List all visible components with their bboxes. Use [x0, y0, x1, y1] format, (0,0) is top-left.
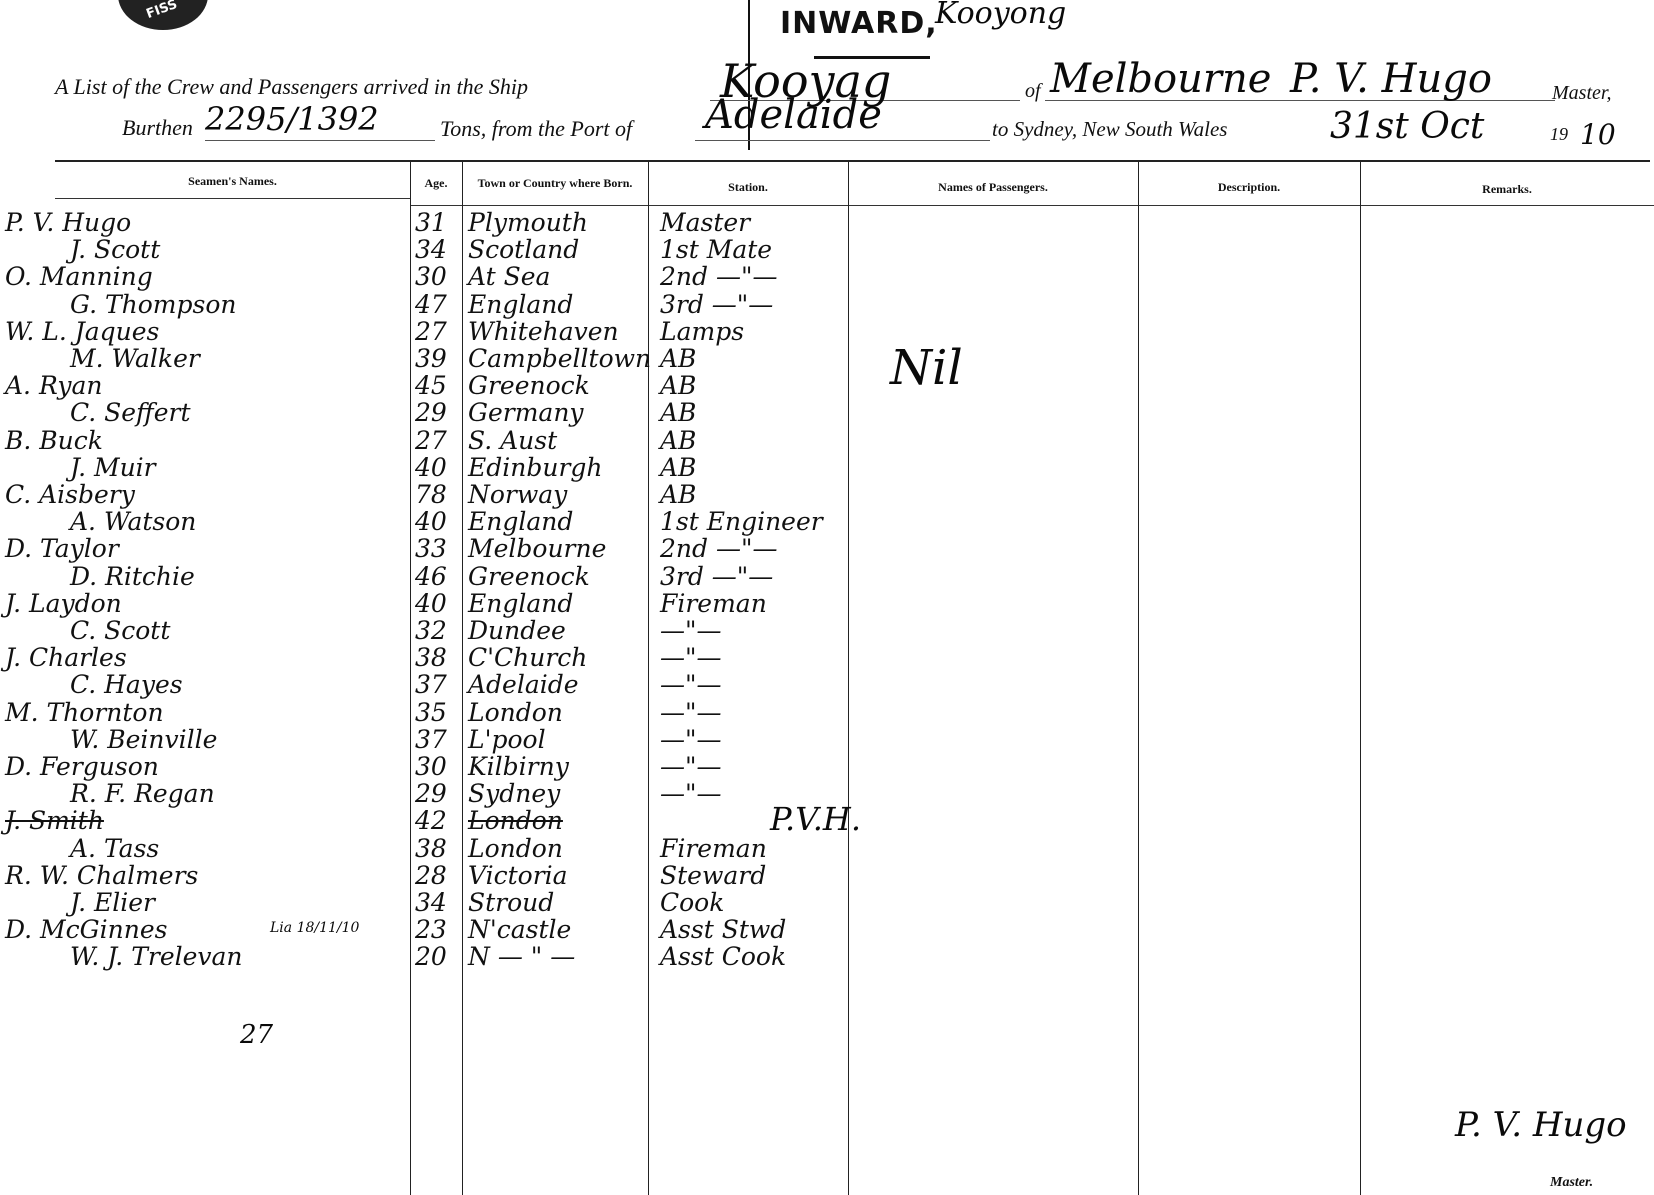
crew-age: 42 — [415, 806, 447, 835]
col-header-station: Station. — [648, 180, 848, 195]
crew-age: 34 — [415, 888, 447, 917]
crew-station: Fireman — [660, 834, 767, 863]
table-row: J. Laydon40EnglandFireman — [0, 589, 1654, 617]
crew-birthplace: Sydney — [468, 779, 560, 808]
crew-birthplace: L'pool — [468, 725, 546, 754]
crew-age: 28 — [415, 861, 447, 890]
crew-age: 34 — [415, 235, 447, 264]
master-label: Master, — [1552, 82, 1611, 105]
crew-name: C. Seffert — [70, 398, 191, 427]
table-row: D. Ferguson30Kilbirny—"— — [0, 752, 1654, 780]
crew-name: M. Walker — [70, 344, 200, 373]
header-rule-names — [55, 198, 410, 199]
table-row: W. J. Trelevan20N — " —Asst Cook — [0, 942, 1654, 970]
master-signature-label: Master. — [1550, 1175, 1593, 1191]
header-rule — [410, 205, 1654, 206]
crew-birthplace: Kilbirny — [468, 752, 569, 781]
crew-age: 32 — [415, 616, 447, 645]
crew-birthplace: Adelaide — [468, 670, 579, 699]
crew-station: Steward — [660, 861, 766, 890]
crew-birthplace: Germany — [468, 398, 584, 427]
crew-name: G. Thompson — [70, 290, 237, 319]
crew-station: Cook — [660, 888, 724, 917]
crew-age: 37 — [415, 670, 447, 699]
crew-name: W. J. Trelevan — [70, 942, 243, 971]
crew-name: J. Scott — [70, 235, 160, 264]
crew-age: 47 — [415, 290, 447, 319]
crew-age: 30 — [415, 262, 447, 291]
table-row: A. Watson40England1st Engineer — [0, 507, 1654, 535]
table-row: J. Scott34Scotland1st Mate — [0, 235, 1654, 263]
crew-age: 33 — [415, 534, 447, 563]
year-suffix: 10 — [1580, 118, 1616, 151]
crew-station: —"— — [660, 616, 722, 645]
crew-station: Asst Stwd — [660, 915, 786, 944]
crew-station: Lamps — [660, 317, 744, 346]
master-name: P. V. Hugo — [1290, 56, 1492, 102]
crew-station: —"— — [660, 698, 722, 727]
crew-name: D. McGinnes — [5, 915, 167, 944]
crew-birthplace: Stroud — [468, 888, 554, 917]
crew-station: —"— — [660, 779, 722, 808]
crew-station: —"— — [660, 725, 722, 754]
crew-birthplace: London — [468, 834, 563, 863]
from-port: Adelaide — [705, 92, 882, 138]
crew-age: 38 — [415, 834, 447, 863]
crew-station: Fireman — [660, 589, 767, 618]
crew-station: AB — [660, 398, 696, 427]
crew-birthplace: Melbourne — [468, 534, 606, 563]
crew-birthplace: England — [468, 290, 573, 319]
crew-name: R. F. Regan — [70, 779, 215, 808]
table-row: D. Ritchie46Greenock3rd —"— — [0, 562, 1654, 590]
crew-birthplace: N — " — — [468, 942, 575, 971]
form-title: INWARD, — [780, 6, 938, 41]
crew-age: 78 — [415, 480, 447, 509]
crew-station: AB — [660, 480, 696, 509]
crew-station: Master — [660, 208, 750, 237]
crew-age: 29 — [415, 779, 447, 808]
crew-birthplace: Scotland — [468, 235, 579, 264]
burthen-value: 2295/1392 — [205, 100, 379, 138]
crew-station: —"— — [660, 643, 722, 672]
table-row: R. W. Chalmers28VictoriaSteward — [0, 861, 1654, 889]
crew-name: D. Taylor — [5, 534, 119, 563]
table-row: D. Taylor33Melbourne2nd —"— — [0, 534, 1654, 562]
col-header-age: Age. — [410, 176, 462, 191]
ship-name-annotation: Kooyong — [935, 0, 1066, 31]
col-header-remarks: Remarks. — [1360, 182, 1654, 197]
table-row: C. Aisbery78NorwayAB — [0, 480, 1654, 508]
table-row: G. Thompson47England3rd —"— — [0, 290, 1654, 318]
of-label: of — [1025, 80, 1041, 103]
crew-name: D. Ritchie — [70, 562, 195, 591]
crew-station: AB — [660, 344, 696, 373]
crew-age: 20 — [415, 942, 447, 971]
crew-count-note: 27 — [240, 1020, 273, 1050]
crew-birthplace: Victoria — [468, 861, 568, 890]
crew-name: J. Laydon — [5, 589, 122, 618]
crew-station: —"— — [660, 752, 722, 781]
crew-age: 37 — [415, 725, 447, 754]
crew-name: O. Manning — [5, 262, 153, 291]
crew-birthplace: Whitehaven — [468, 317, 619, 346]
crew-birthplace: Norway — [468, 480, 567, 509]
crew-birthplace: Edinburgh — [468, 453, 603, 482]
crew-name: J. Elier — [70, 888, 155, 917]
crew-age: 31 — [415, 208, 447, 237]
initials-annotation: P.V.H. — [770, 800, 861, 838]
table-row: O. Manning30At Sea2nd —"— — [0, 262, 1654, 290]
crew-birthplace: Campbelltown — [468, 344, 651, 373]
crew-name: R. W. Chalmers — [5, 861, 198, 890]
crew-station: Asst Cook — [660, 942, 786, 971]
crew-station: 1st Engineer — [660, 507, 823, 536]
destination-label: to Sydney, New South Wales — [992, 117, 1227, 142]
discharge-note: Lia 18/11/10 — [270, 920, 359, 936]
crew-age: 46 — [415, 562, 447, 591]
table-row: C. Seffert29GermanyAB — [0, 398, 1654, 426]
crew-birthplace: London — [468, 806, 563, 835]
crew-name: J. Smith — [5, 806, 104, 835]
crew-age: 40 — [415, 507, 447, 536]
crew-birthplace: N'castle — [468, 915, 571, 944]
table-row: C. Scott32Dundee—"— — [0, 616, 1654, 644]
col-header-seamen: Seamen's Names. — [55, 174, 410, 189]
crew-birthplace: London — [468, 698, 563, 727]
table-top-rule — [55, 160, 1650, 162]
passengers-nil: Nil — [890, 340, 963, 396]
col-header-town: Town or Country where Born. — [462, 176, 648, 191]
crew-station: 2nd —"— — [660, 262, 777, 291]
burthen-line — [205, 140, 435, 141]
crew-station: 1st Mate — [660, 235, 772, 264]
crew-age: 40 — [415, 453, 447, 482]
table-row: D. McGinnes23N'castleAsst Stwd — [0, 915, 1654, 943]
crew-name: C. Hayes — [70, 670, 183, 699]
crew-birthplace: England — [468, 589, 573, 618]
master-signature: P. V. Hugo — [1455, 1105, 1627, 1145]
crew-name: A. Ryan — [5, 371, 102, 400]
crew-station: —"— — [660, 670, 722, 699]
crew-station: AB — [660, 453, 696, 482]
crew-age: 38 — [415, 643, 447, 672]
table-row: M. Thornton35London—"— — [0, 698, 1654, 726]
crew-age: 39 — [415, 344, 447, 373]
crew-birthplace: S. Aust — [468, 426, 557, 455]
crew-name: A. Watson — [70, 507, 196, 536]
crew-name: W. L. Jaques — [5, 317, 159, 346]
port-line — [695, 140, 990, 141]
crew-age: 27 — [415, 426, 447, 455]
crew-birthplace: Greenock — [468, 562, 590, 591]
table-row: J. Charles38C'Church—"— — [0, 643, 1654, 671]
crew-station: AB — [660, 426, 696, 455]
crew-station: 3rd —"— — [660, 290, 773, 319]
crew-age: 30 — [415, 752, 447, 781]
crew-name: C. Aisbery — [5, 480, 135, 509]
crew-name: D. Ferguson — [5, 752, 159, 781]
crew-age: 29 — [415, 398, 447, 427]
table-row: C. Hayes37Adelaide—"— — [0, 670, 1654, 698]
crew-birthplace: Plymouth — [468, 208, 588, 237]
port-of-registry: Melbourne — [1050, 56, 1271, 102]
table-row: W. Beinville37L'pool—"— — [0, 725, 1654, 753]
col-header-passengers: Names of Passengers. — [848, 180, 1138, 195]
crew-station: 2nd —"— — [660, 534, 777, 563]
arrival-date: 31st Oct — [1330, 106, 1484, 147]
crew-birthplace: C'Church — [468, 643, 587, 672]
tons-label: Tons, from the Port of — [440, 116, 632, 142]
crew-age: 40 — [415, 589, 447, 618]
table-row: J. Elier34StroudCook — [0, 888, 1654, 916]
crew-name: J. Charles — [5, 643, 127, 672]
crew-age: 27 — [415, 317, 447, 346]
table-row: B. Buck27S. AustAB — [0, 426, 1654, 454]
table-row: J. Muir40EdinburghAB — [0, 453, 1654, 481]
crew-age: 23 — [415, 915, 447, 944]
crew-name: W. Beinville — [70, 725, 217, 754]
table-row: W. L. Jaques27WhitehavenLamps — [0, 317, 1654, 345]
col-header-description: Description. — [1138, 180, 1360, 195]
crew-birthplace: Dundee — [468, 616, 566, 645]
year-prefix: 19 — [1550, 124, 1568, 145]
crew-age: 45 — [415, 371, 447, 400]
crew-station: AB — [660, 371, 696, 400]
crew-name: A. Tass — [70, 834, 159, 863]
table-row: M. Walker39CampbelltownAB — [0, 344, 1654, 372]
stamp-seal: FISS — [118, 0, 208, 30]
crew-name: J. Muir — [70, 453, 156, 482]
table-row: A. Ryan45GreenockAB — [0, 371, 1654, 399]
crew-name: P. V. Hugo — [5, 208, 131, 237]
crew-station: 3rd —"— — [660, 562, 773, 591]
table-row: P. V. Hugo31PlymouthMaster — [0, 208, 1654, 236]
crew-name: M. Thornton — [5, 698, 164, 727]
burthen-label: Burthen — [122, 115, 193, 141]
list-heading: A List of the Crew and Passengers arrive… — [55, 74, 528, 100]
crew-name: C. Scott — [70, 616, 170, 645]
crew-name: B. Buck — [5, 426, 103, 455]
crew-age: 35 — [415, 698, 447, 727]
crew-birthplace: Greenock — [468, 371, 590, 400]
crew-birthplace: At Sea — [468, 262, 550, 291]
crew-birthplace: England — [468, 507, 573, 536]
